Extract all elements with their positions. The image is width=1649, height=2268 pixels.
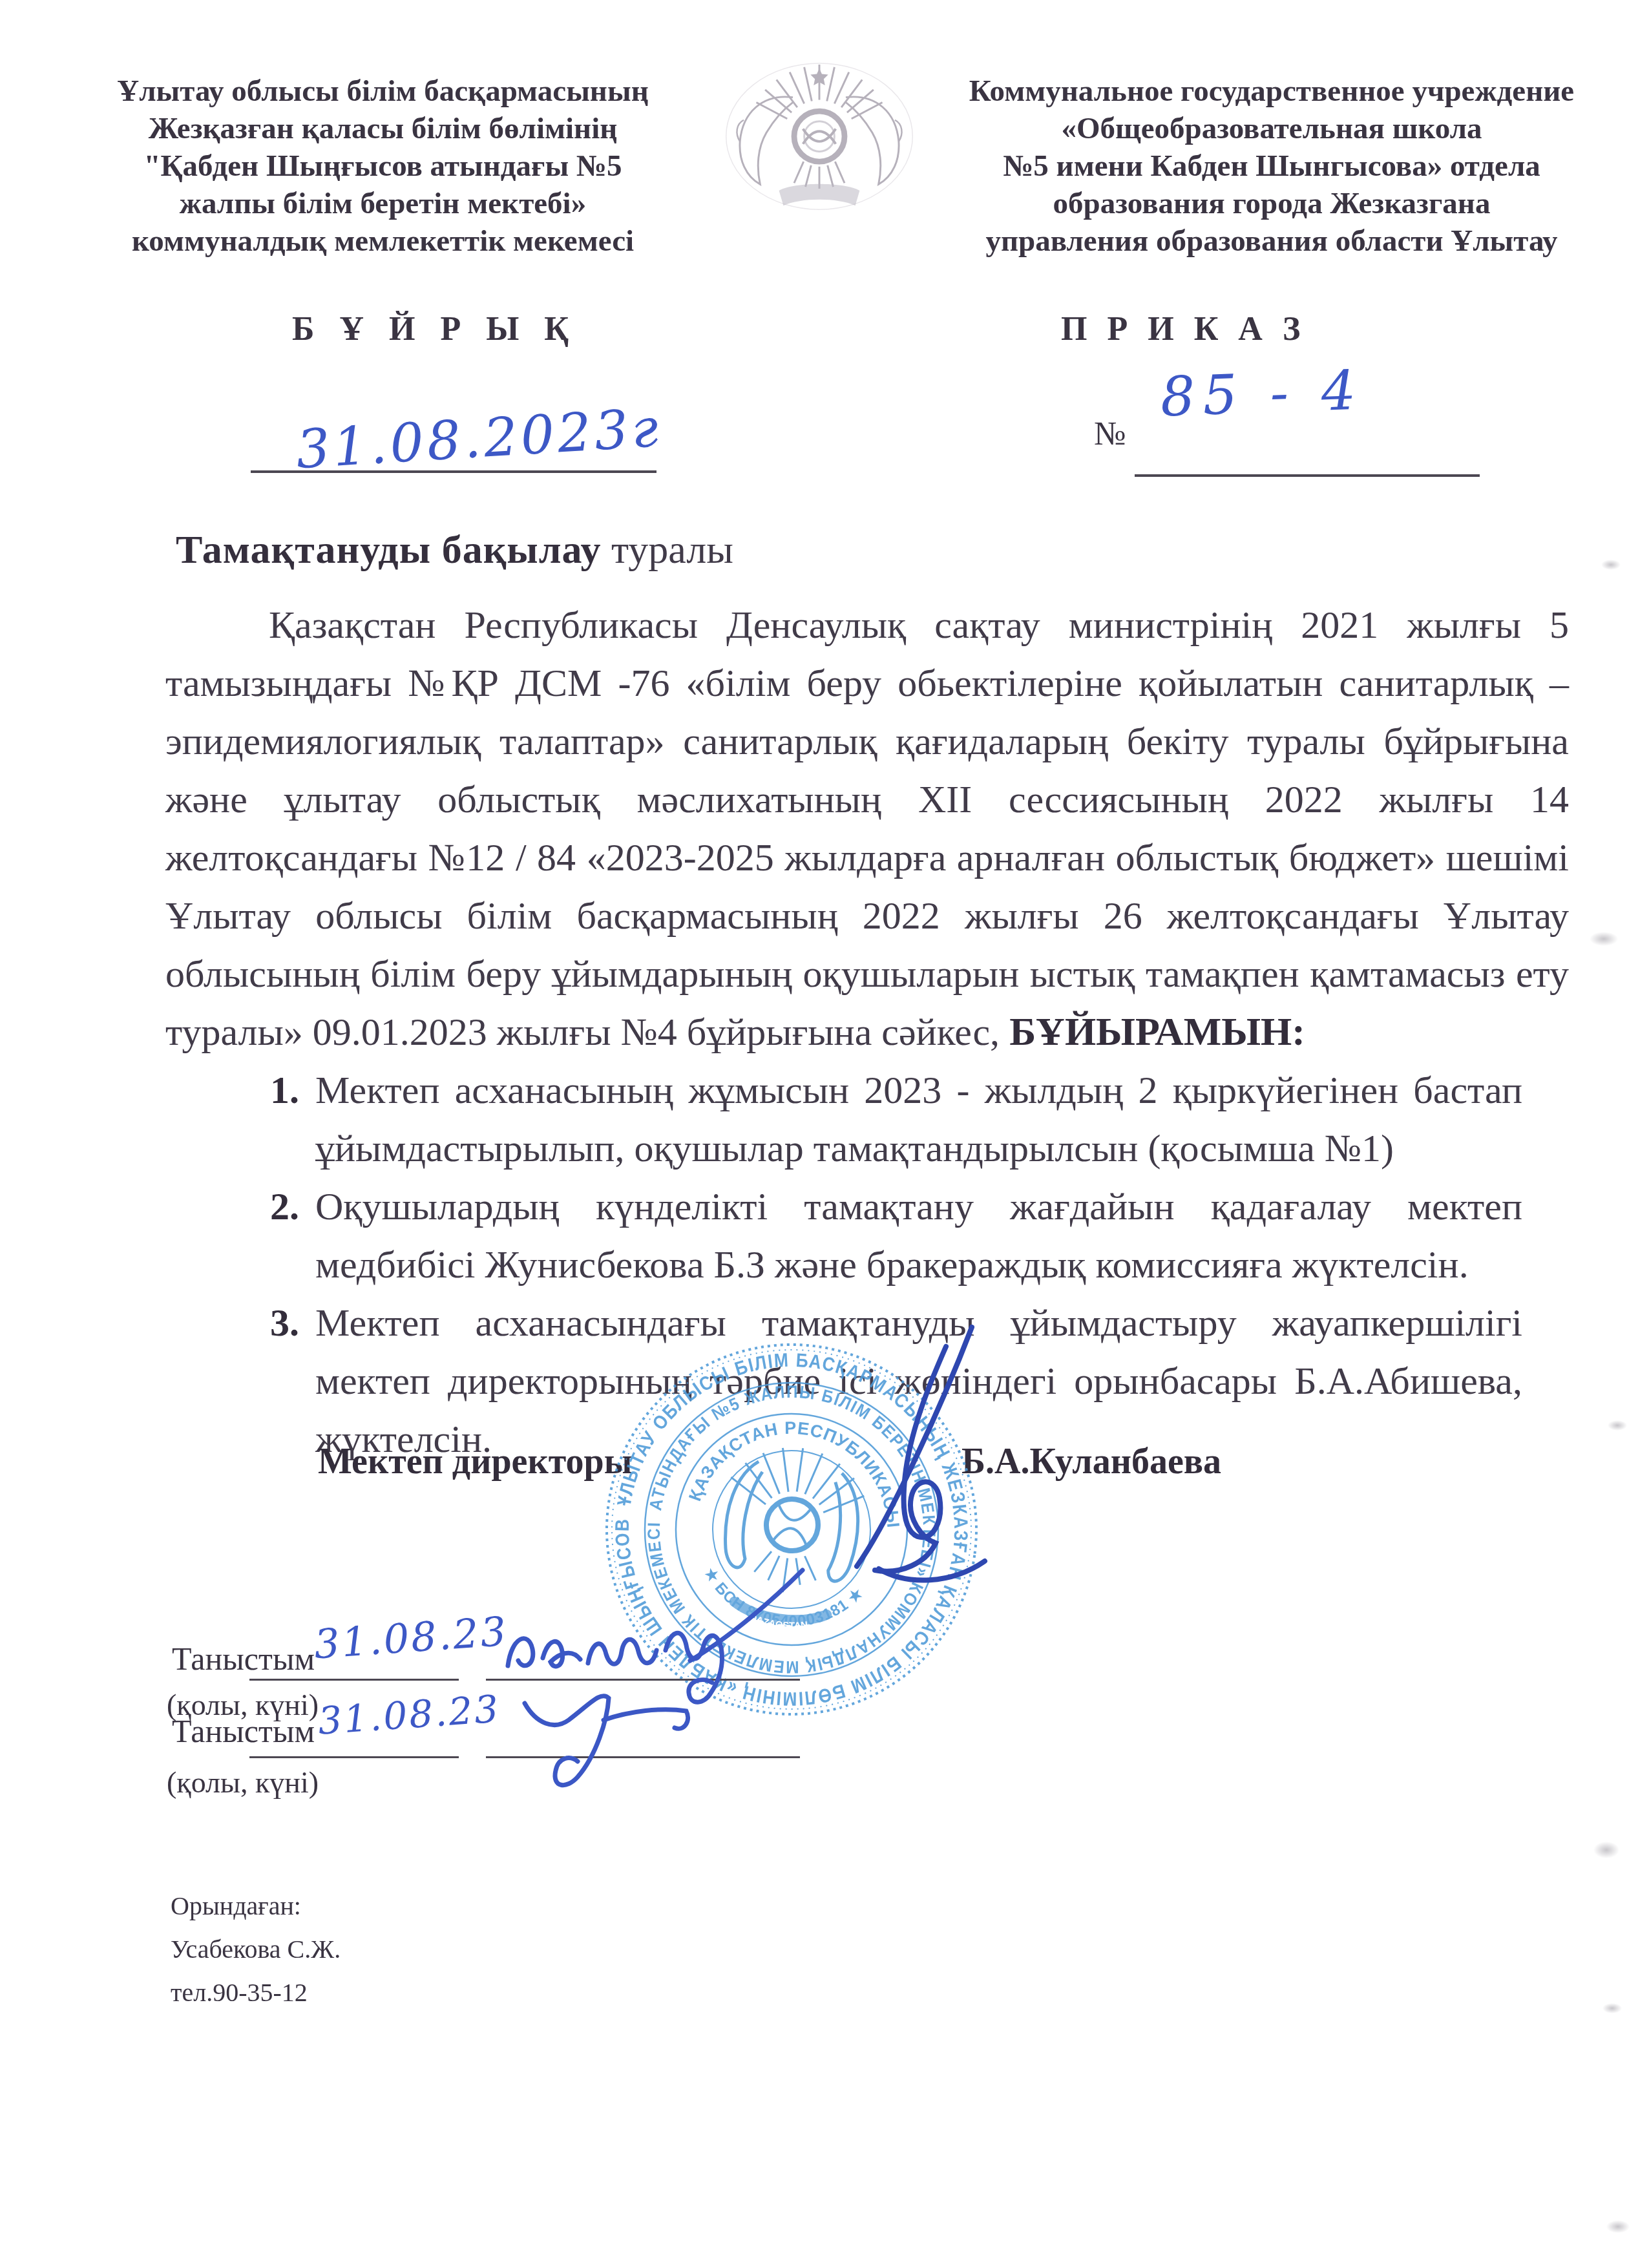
scan-noise [1601, 560, 1621, 570]
org-name-kazakh: Ұлытау облысы білім басқармасының Жезқаз… [65, 72, 701, 260]
date-underline [251, 470, 656, 473]
list-item: 2.Оқушылардың күнделікті тамақтану жағда… [165, 1177, 1522, 1294]
org-name-russian: Коммунальное государственное учреждение … [923, 72, 1621, 260]
order-label-russian: П Р И К А З [1061, 310, 1306, 348]
executor-block: Орындаған: Усабекова С.Ж. тел.90-35-12 [171, 1884, 341, 2014]
signer-role: Мектеп директоры [318, 1441, 632, 1482]
scan-noise [1606, 2220, 1630, 2233]
handwritten-order-date: 31.08.2023г [295, 397, 664, 481]
acknowledge-label: Таныстым [172, 1712, 315, 1750]
kazakhstan-coat-of-arms-icon [719, 57, 920, 220]
handwritten-order-number: 85 - 4 [1159, 359, 1364, 429]
acknowledge-date-underline [249, 1756, 459, 1758]
director-signature [837, 1308, 989, 1590]
order-title: Тамақтануды бақылау туралы [176, 527, 733, 573]
number-underline [1135, 474, 1480, 477]
order-title-rest: туралы [601, 528, 733, 572]
signer-name: Б.А.Куланбаева [961, 1441, 1221, 1482]
preamble-paragraph: Қазақстан Республикасы Денсаулық сақтау … [165, 596, 1569, 1061]
order-label-kazakh: Б Ұ Й Р Ы Қ [292, 310, 577, 348]
scan-noise [1593, 1842, 1619, 1858]
acknowledge-signature [499, 1677, 699, 1798]
scan-noise [1602, 2003, 1622, 2013]
resolve-word: БҰЙЫРАМЫН: [1009, 1010, 1305, 1054]
order-title-emphasis: Тамақтануды бақылау [176, 528, 601, 572]
acknowledge-label: Таныстым [172, 1640, 315, 1677]
acknowledge-date-handwritten: 31.08.23 [317, 1686, 501, 1743]
acknowledge-hint: (қолы, күні) [167, 1765, 319, 1800]
acknowledge-date-handwritten: 31.08.23 [313, 1608, 509, 1668]
scan-noise [1608, 1420, 1627, 1431]
document-page: Ұлытау облысы білім басқармасының Жезқаз… [0, 0, 1649, 2268]
list-item: 1.Мектеп асханасының жұмысын 2023 - жылд… [165, 1061, 1522, 1177]
number-sign: № [1094, 415, 1126, 453]
acknowledge-date-underline [249, 1679, 459, 1681]
scan-noise [1590, 932, 1618, 946]
